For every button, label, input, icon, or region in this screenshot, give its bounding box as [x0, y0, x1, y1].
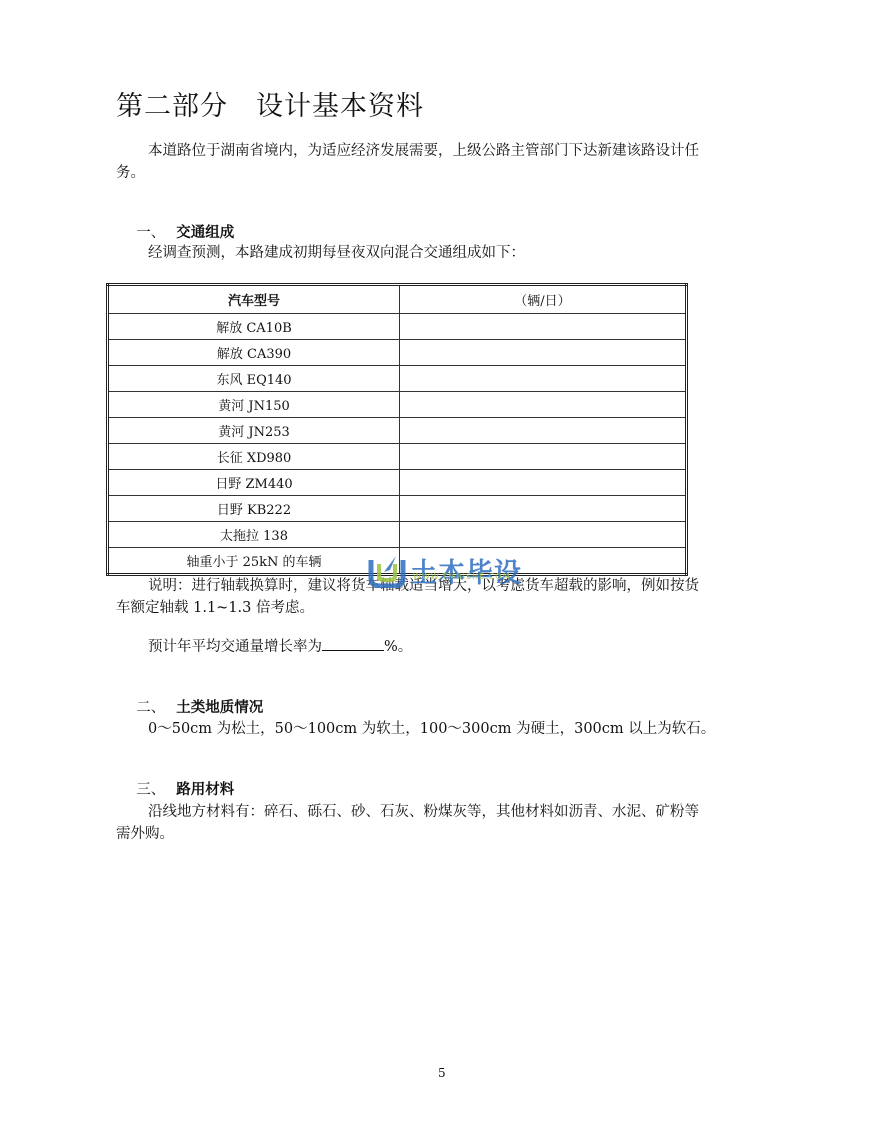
- count-cell: [400, 470, 687, 496]
- traffic-composition-table: 汽车型号 （辆/日） 解放 CA10B 解放 CA390 东风 EQ140 黄河…: [106, 283, 688, 576]
- section-number: 二、: [136, 696, 176, 717]
- watermark-logo-icon: [368, 554, 406, 588]
- count-cell: [400, 392, 687, 418]
- count-cell: [400, 444, 687, 470]
- page-number: 5: [438, 1066, 446, 1080]
- table-row: 东风 EQ140: [108, 366, 687, 392]
- watermark-url: WWW.TMBISHE.COM: [413, 572, 510, 581]
- vehicle-model-cell: 解放 CA10B: [108, 314, 400, 340]
- table-row: 日野 ZM440: [108, 470, 687, 496]
- vehicle-model-cell: 日野 ZM440: [108, 470, 400, 496]
- section-title: 土类地质情况: [176, 699, 263, 716]
- header-vehicles-per-day: （辆/日）: [400, 285, 687, 314]
- count-cell: [400, 314, 687, 340]
- section-number: 一、: [136, 221, 176, 242]
- table-header-row: 汽车型号 （辆/日）: [108, 285, 687, 314]
- intro-paragraph-line2: 务。: [116, 162, 145, 184]
- soil-description: 0～50cm 为松土，50～100cm 为软土，100～300cm 为硬土，30…: [148, 718, 715, 740]
- section-number: 三、: [136, 778, 176, 799]
- note-line2: 车额定轴载 1.1~1.3 倍考虑。: [116, 597, 314, 619]
- table-row: 解放 CA390: [108, 340, 687, 366]
- growth-rate-blank: [322, 636, 384, 651]
- count-cell: [400, 522, 687, 548]
- count-cell: [400, 418, 687, 444]
- materials-line1: 沿线地方材料有：碎石、砾石、砂、石灰、粉煤灰等，其他材料如沥青、水泥、矿粉等: [148, 801, 699, 823]
- table-row: 黄河 JN253: [108, 418, 687, 444]
- section-title: 路用材料: [176, 781, 234, 798]
- vehicle-model-cell: 解放 CA390: [108, 340, 400, 366]
- traffic-intro-text: 经调查预测，本路建成初期每昼夜双向混合交通组成如下：: [148, 242, 525, 264]
- watermark: 土本毕设 WWW.TMBISHE.COM: [368, 551, 522, 590]
- vehicle-model-cell: 东风 EQ140: [108, 366, 400, 392]
- growth-rate-suffix: %。: [384, 639, 412, 655]
- vehicle-model-cell: 轴重小于 25kN 的车辆: [108, 548, 400, 575]
- table-row: 长征 XD980: [108, 444, 687, 470]
- watermark-text: 土本毕设: [410, 551, 522, 590]
- vehicle-model-cell: 日野 KB222: [108, 496, 400, 522]
- table-row: 解放 CA10B: [108, 314, 687, 340]
- section-title: 交通组成: [176, 224, 234, 241]
- growth-rate-label: 预计年平均交通量增长率为: [148, 639, 322, 655]
- page-title: 第二部分 设计基本资料: [116, 84, 424, 123]
- table-row: 日野 KB222: [108, 496, 687, 522]
- count-cell: [400, 496, 687, 522]
- count-cell: [400, 340, 687, 366]
- vehicle-model-cell: 黄河 JN150: [108, 392, 400, 418]
- intro-paragraph-line1: 本道路位于湖南省境内，为适应经济发展需要，上级公路主管部门下达新建该路设计任: [148, 140, 699, 162]
- vehicle-model-cell: 黄河 JN253: [108, 418, 400, 444]
- header-vehicle-model: 汽车型号: [108, 285, 400, 314]
- vehicle-model-cell: 长征 XD980: [108, 444, 400, 470]
- document-page: 第二部分 设计基本资料 本道路位于湖南省境内，为适应经济发展需要，上级公路主管部…: [0, 0, 886, 1146]
- vehicle-model-cell: 太拖拉 138: [108, 522, 400, 548]
- growth-rate-sentence: 预计年平均交通量增长率为%。: [148, 636, 412, 658]
- table-row: 黄河 JN150: [108, 392, 687, 418]
- materials-line2: 需外购。: [116, 823, 174, 845]
- table-row: 太拖拉 138: [108, 522, 687, 548]
- count-cell: [400, 366, 687, 392]
